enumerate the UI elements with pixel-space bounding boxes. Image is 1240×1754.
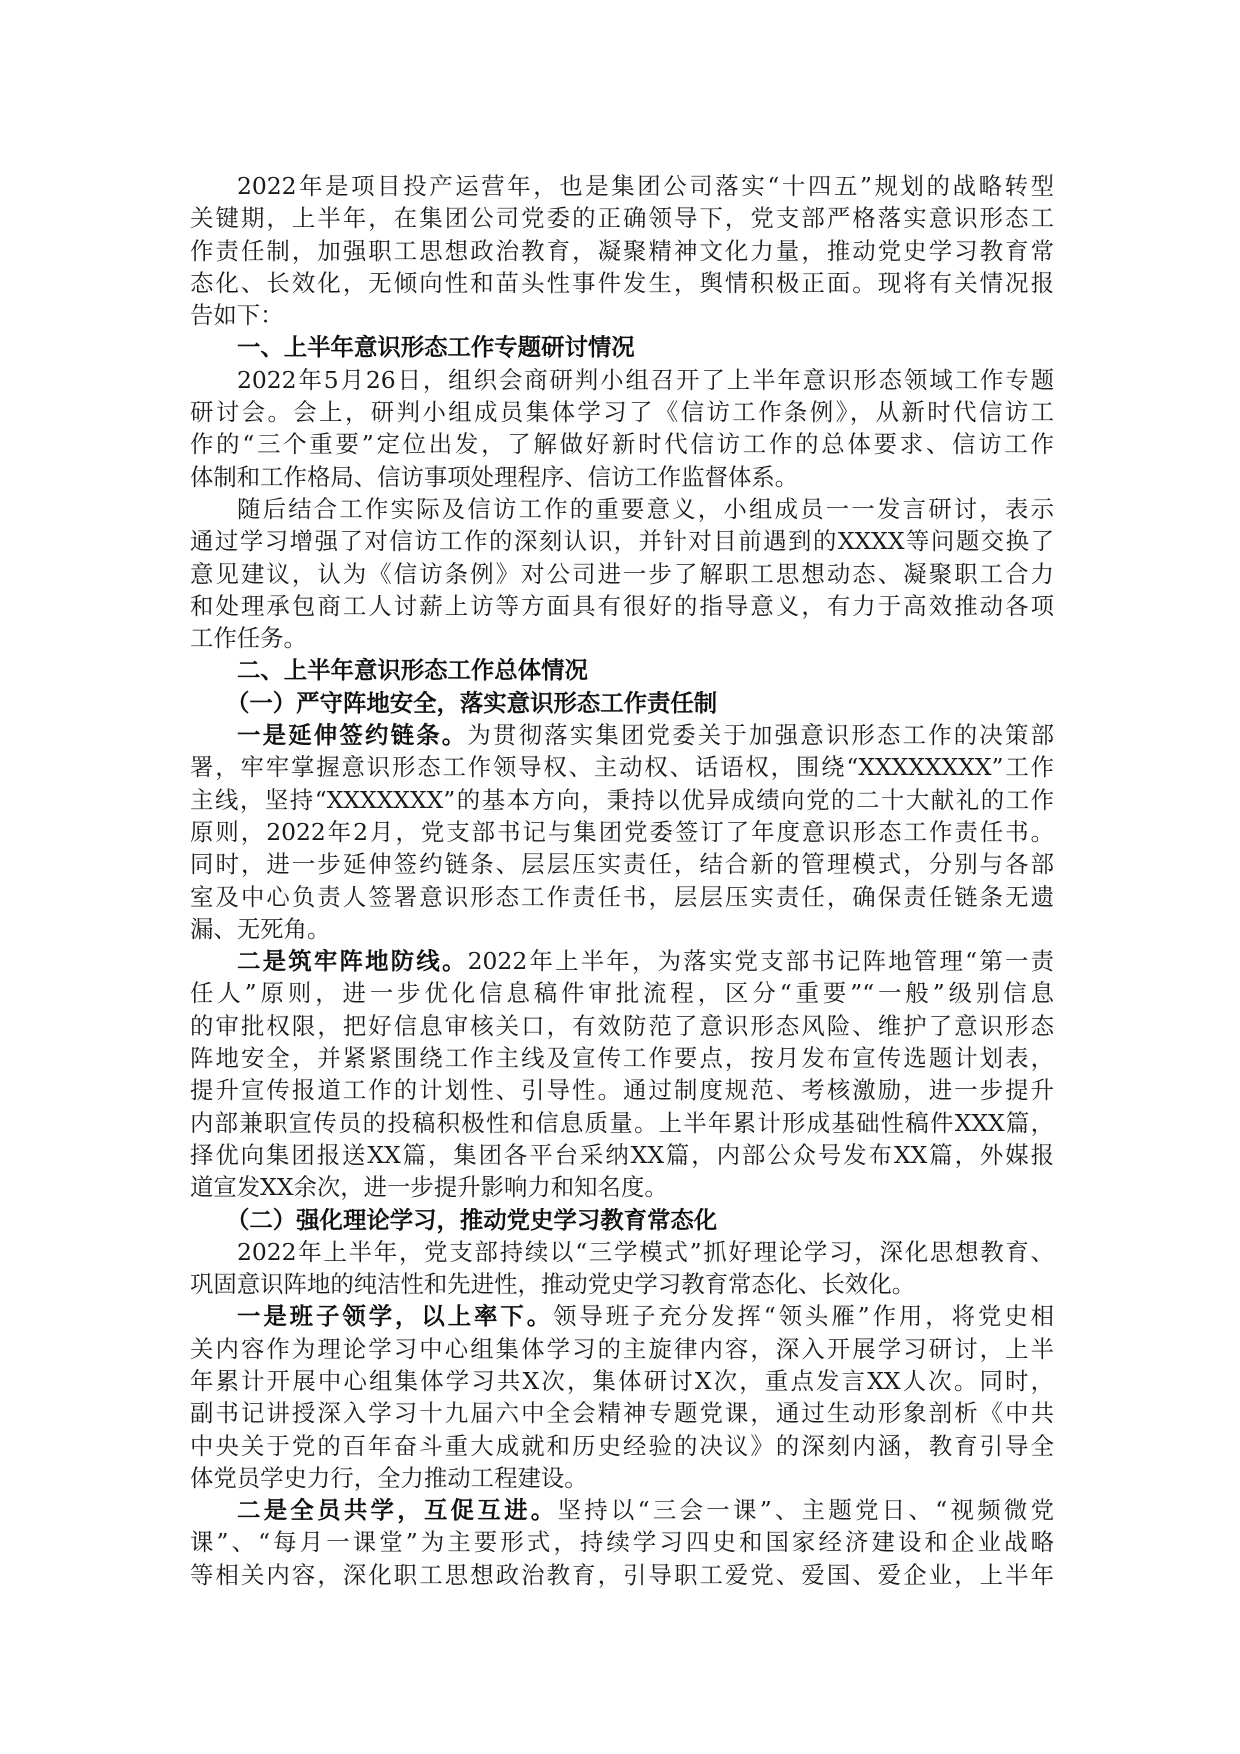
item-text: 为贯彻落实集团党委关于加强意识形态工作的决策部 [467, 721, 1054, 749]
text-line: 体制和工作格局、信访事项处理程序、信访工作监督体系。 [190, 461, 1054, 493]
sub1-item-1-paragraph: 一是延伸签约链条。为贯彻落实集团党委关于加强意识形态工作的决策部 署，牢牢掌握意… [190, 719, 1054, 945]
text-line: 择优向集团报送XX篇，集团各平台采纳XX篇，内部公众号发布XX篇，外媒报 [190, 1139, 1054, 1171]
text-line: 和处理承包商工人讨薪上访等方面具有很好的指导意义，有力于高效推动各项 [190, 590, 1054, 622]
text-line: 告如下： [190, 299, 1054, 331]
text-line: 一是延伸签约链条。为贯彻落实集团党委关于加强意识形态工作的决策部 [190, 719, 1054, 751]
text-line: 二是全员共学，互促互进。坚持以“三会一课”、主题党日、“视频微党 [190, 1494, 1054, 1526]
item-text: 坚持以“三会一课”、主题党日、“视频微党 [557, 1496, 1054, 1524]
text-line: 二是筑牢阵地防线。2022年上半年，为落实党支部书记阵地管理“第一责 [190, 945, 1054, 977]
item-lead: 一是延伸签约链条。 [237, 721, 467, 749]
text-line: 任人”原则，进一步优化信息稿件审批流程，区分“重要”“一般”级别信息 [190, 977, 1054, 1009]
text-line: 关键期，上半年，在集团公司党委的正确领导下，党支部严格落实意识形态工 [190, 202, 1054, 234]
sub2-intro-paragraph: 2022年上半年，党支部持续以“三学模式”抓好理论学习，深化思想教育、 巩固意识… [190, 1236, 1054, 1301]
text-line: 主线，坚持“XXXXXXX”的基本方向，秉持以优异成绩向党的二十大献礼的工作 [190, 784, 1054, 816]
text-line: 漏、无死角。 [190, 913, 1054, 945]
text-line: 原则，2022年2月，党支部书记与集团党委签订了年度意识形态工作责任书。 [190, 816, 1054, 848]
text-line: 的审批权限，把好信息审核关口，有效防范了意识形态风险、维护了意识形态 [190, 1010, 1054, 1042]
text-line: 内部兼职宣传员的投稿积极性和信息质量。上半年累计形成基础性稿件XXX篇， [190, 1107, 1054, 1139]
text-line: 中央关于党的百年奋斗重大成就和历史经验的决议》的深刻内涵，教育引导全 [190, 1430, 1054, 1462]
sub1-item-2-paragraph: 二是筑牢阵地防线。2022年上半年，为落实党支部书记阵地管理“第一责 任人”原则… [190, 945, 1054, 1203]
text-line: 研讨会。会上，研判小组成员集体学习了《信访工作条例》，从新时代信访工 [190, 396, 1054, 428]
text-line: 态化、长效化，无倾向性和苗头性事件发生，舆情积极正面。现将有关情况报 [190, 267, 1054, 299]
intro-paragraph: 2022年是项目投产运营年，也是集团公司落实“十四五”规划的战略转型 关键期，上… [190, 170, 1054, 331]
text-line: 随后结合工作实际及信访工作的重要意义，小组成员一一发言研讨，表示 [190, 493, 1054, 525]
item-lead: 二是筑牢阵地防线。 [237, 947, 468, 975]
text-line: 工作任务。 [190, 622, 1054, 654]
text-line: 2022年上半年，党支部持续以“三学模式”抓好理论学习，深化思想教育、 [190, 1236, 1054, 1268]
text-line: 年累计开展中心组集体学习共X次，集体研讨X次，重点发言XX人次。同时， [190, 1365, 1054, 1397]
section-heading-1: 一、上半年意识形态工作专题研讨情况 [190, 331, 1054, 363]
item-lead: 二是全员共学，互促互进。 [237, 1496, 557, 1524]
section1-paragraph-2: 随后结合工作实际及信访工作的重要意义，小组成员一一发言研讨，表示 通过学习增强了… [190, 493, 1054, 654]
sub2-item-1-paragraph: 一是班子领学，以上率下。领导班子充分发挥“领头雁”作用，将党史相 关内容作为理论… [190, 1300, 1054, 1494]
text-line: 道宣发XX余次，进一步提升影响力和知名度。 [190, 1171, 1054, 1203]
text-line: 阵地安全，并紧紧围绕工作主线及宣传工作要点，按月发布宣传选题计划表， [190, 1042, 1054, 1074]
text-line: 作的“三个重要”定位出发，了解做好新时代信访工作的总体要求、信访工作 [190, 428, 1054, 460]
text-line: 巩固意识阵地的纯洁性和先进性，推动党史学习教育常态化、长效化。 [190, 1268, 1054, 1300]
document-page: 2022年是项目投产运营年，也是集团公司落实“十四五”规划的战略转型 关键期，上… [190, 170, 1054, 1591]
text-line: 一是班子领学，以上率下。领导班子充分发挥“领头雁”作用，将党史相 [190, 1300, 1054, 1332]
subsection-heading-1: （一）严守阵地安全，落实意识形态工作责任制 [190, 687, 1054, 719]
item-text: 领导班子充分发挥“领头雁”作用，将党史相 [553, 1302, 1054, 1330]
text-line: 副书记讲授深入学习十九届六中全会精神专题党课，通过生动形象剖析《中共 [190, 1397, 1054, 1429]
text-line: 2022年是项目投产运营年，也是集团公司落实“十四五”规划的战略转型 [190, 170, 1054, 202]
text-line: 2022年5月26日，组织会商研判小组召开了上半年意识形态领域工作专题 [190, 364, 1054, 396]
text-line: 等相关内容，深化职工思想政治教育，引导职工爱党、爱国、爱企业，上半年 [190, 1559, 1054, 1591]
section-heading-2: 二、上半年意识形态工作总体情况 [190, 654, 1054, 686]
text-line: 作责任制，加强职工思想政治教育，凝聚精神文化力量，推动党史学习教育常 [190, 235, 1054, 267]
text-line: 关内容作为理论学习中心组集体学习的主旋律内容，深入开展学习研讨，上半 [190, 1333, 1054, 1365]
item-lead: 一是班子领学，以上率下。 [237, 1302, 553, 1330]
sub2-item-2-paragraph: 二是全员共学，互促互进。坚持以“三会一课”、主题党日、“视频微党 课”、“每月一… [190, 1494, 1054, 1591]
text-line: 署，牢牢掌握意识形态工作领导权、主动权、话语权，围绕“XXXXXXXX”工作 [190, 751, 1054, 783]
text-line: 课”、“每月一课堂”为主要形式，持续学习四史和国家经济建设和企业战略 [190, 1526, 1054, 1558]
text-line: 通过学习增强了对信访工作的深刻认识，并针对目前遇到的XXXX等问题交换了 [190, 525, 1054, 557]
subsection-heading-2: （二）强化理论学习，推动党史学习教育常态化 [190, 1204, 1054, 1236]
text-line: 室及中心负责人签署意识形态工作责任书，层层压实责任，确保责任链条无遗 [190, 881, 1054, 913]
text-line: 同时，进一步延伸签约链条、层层压实责任，结合新的管理模式，分别与各部 [190, 848, 1054, 880]
text-line: 体党员学史力行，全力推动工程建设。 [190, 1462, 1054, 1494]
text-line: 意见建议，认为《信访条例》对公司进一步了解职工思想动态、凝聚职工合力 [190, 558, 1054, 590]
text-line: 提升宣传报道工作的计划性、引导性。通过制度规范、考核激励，进一步提升 [190, 1074, 1054, 1106]
section1-paragraph-1: 2022年5月26日，组织会商研判小组召开了上半年意识形态领域工作专题 研讨会。… [190, 364, 1054, 493]
item-text: 2022年上半年，为落实党支部书记阵地管理“第一责 [468, 947, 1054, 975]
